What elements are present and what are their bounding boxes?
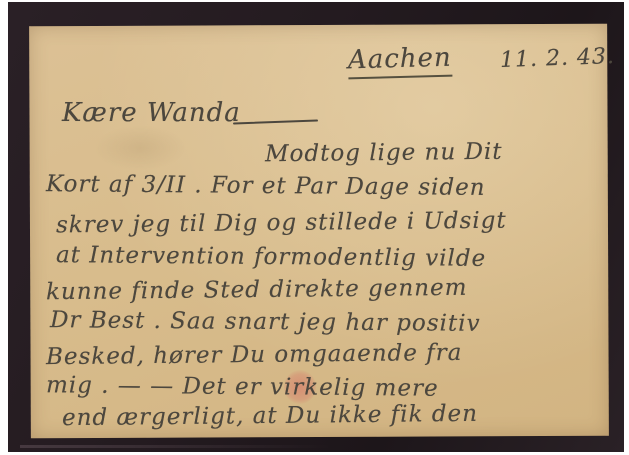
handwriting-line: Kort af 3/II . For et Par Dage siden [46, 171, 486, 201]
handwriting-line: Dr Best . Saa snart jeg har positiv [50, 307, 481, 337]
handwriting-line: skrev jeg til Dig og stillede i Udsigt [56, 208, 507, 239]
handwriting-line: mig . — — Det er virkelig mere [46, 372, 439, 401]
dateline-date: 11. 2. 43. [500, 44, 616, 73]
handwriting-line: Besked, hører Du omgaaende fra [46, 340, 463, 370]
handwriting-line: end ærgerligt, at Du ikke fik den [62, 401, 478, 431]
salutation: Kære Wanda [62, 98, 241, 128]
handwriting-line: at Intervention formodentlig vilde [56, 242, 486, 272]
ink-smudge [95, 126, 185, 170]
photo-of-postcard: Aachen 11. 2. 43. Kære Wanda Modtog lige… [0, 0, 629, 455]
handwriting-line: Modtog lige nu Dit [265, 139, 503, 167]
dateline-place: Aachen [348, 43, 453, 80]
handwriting-line: kunne finde Sted direkte gennem [46, 275, 468, 305]
frame-reflection-streak [20, 445, 330, 448]
